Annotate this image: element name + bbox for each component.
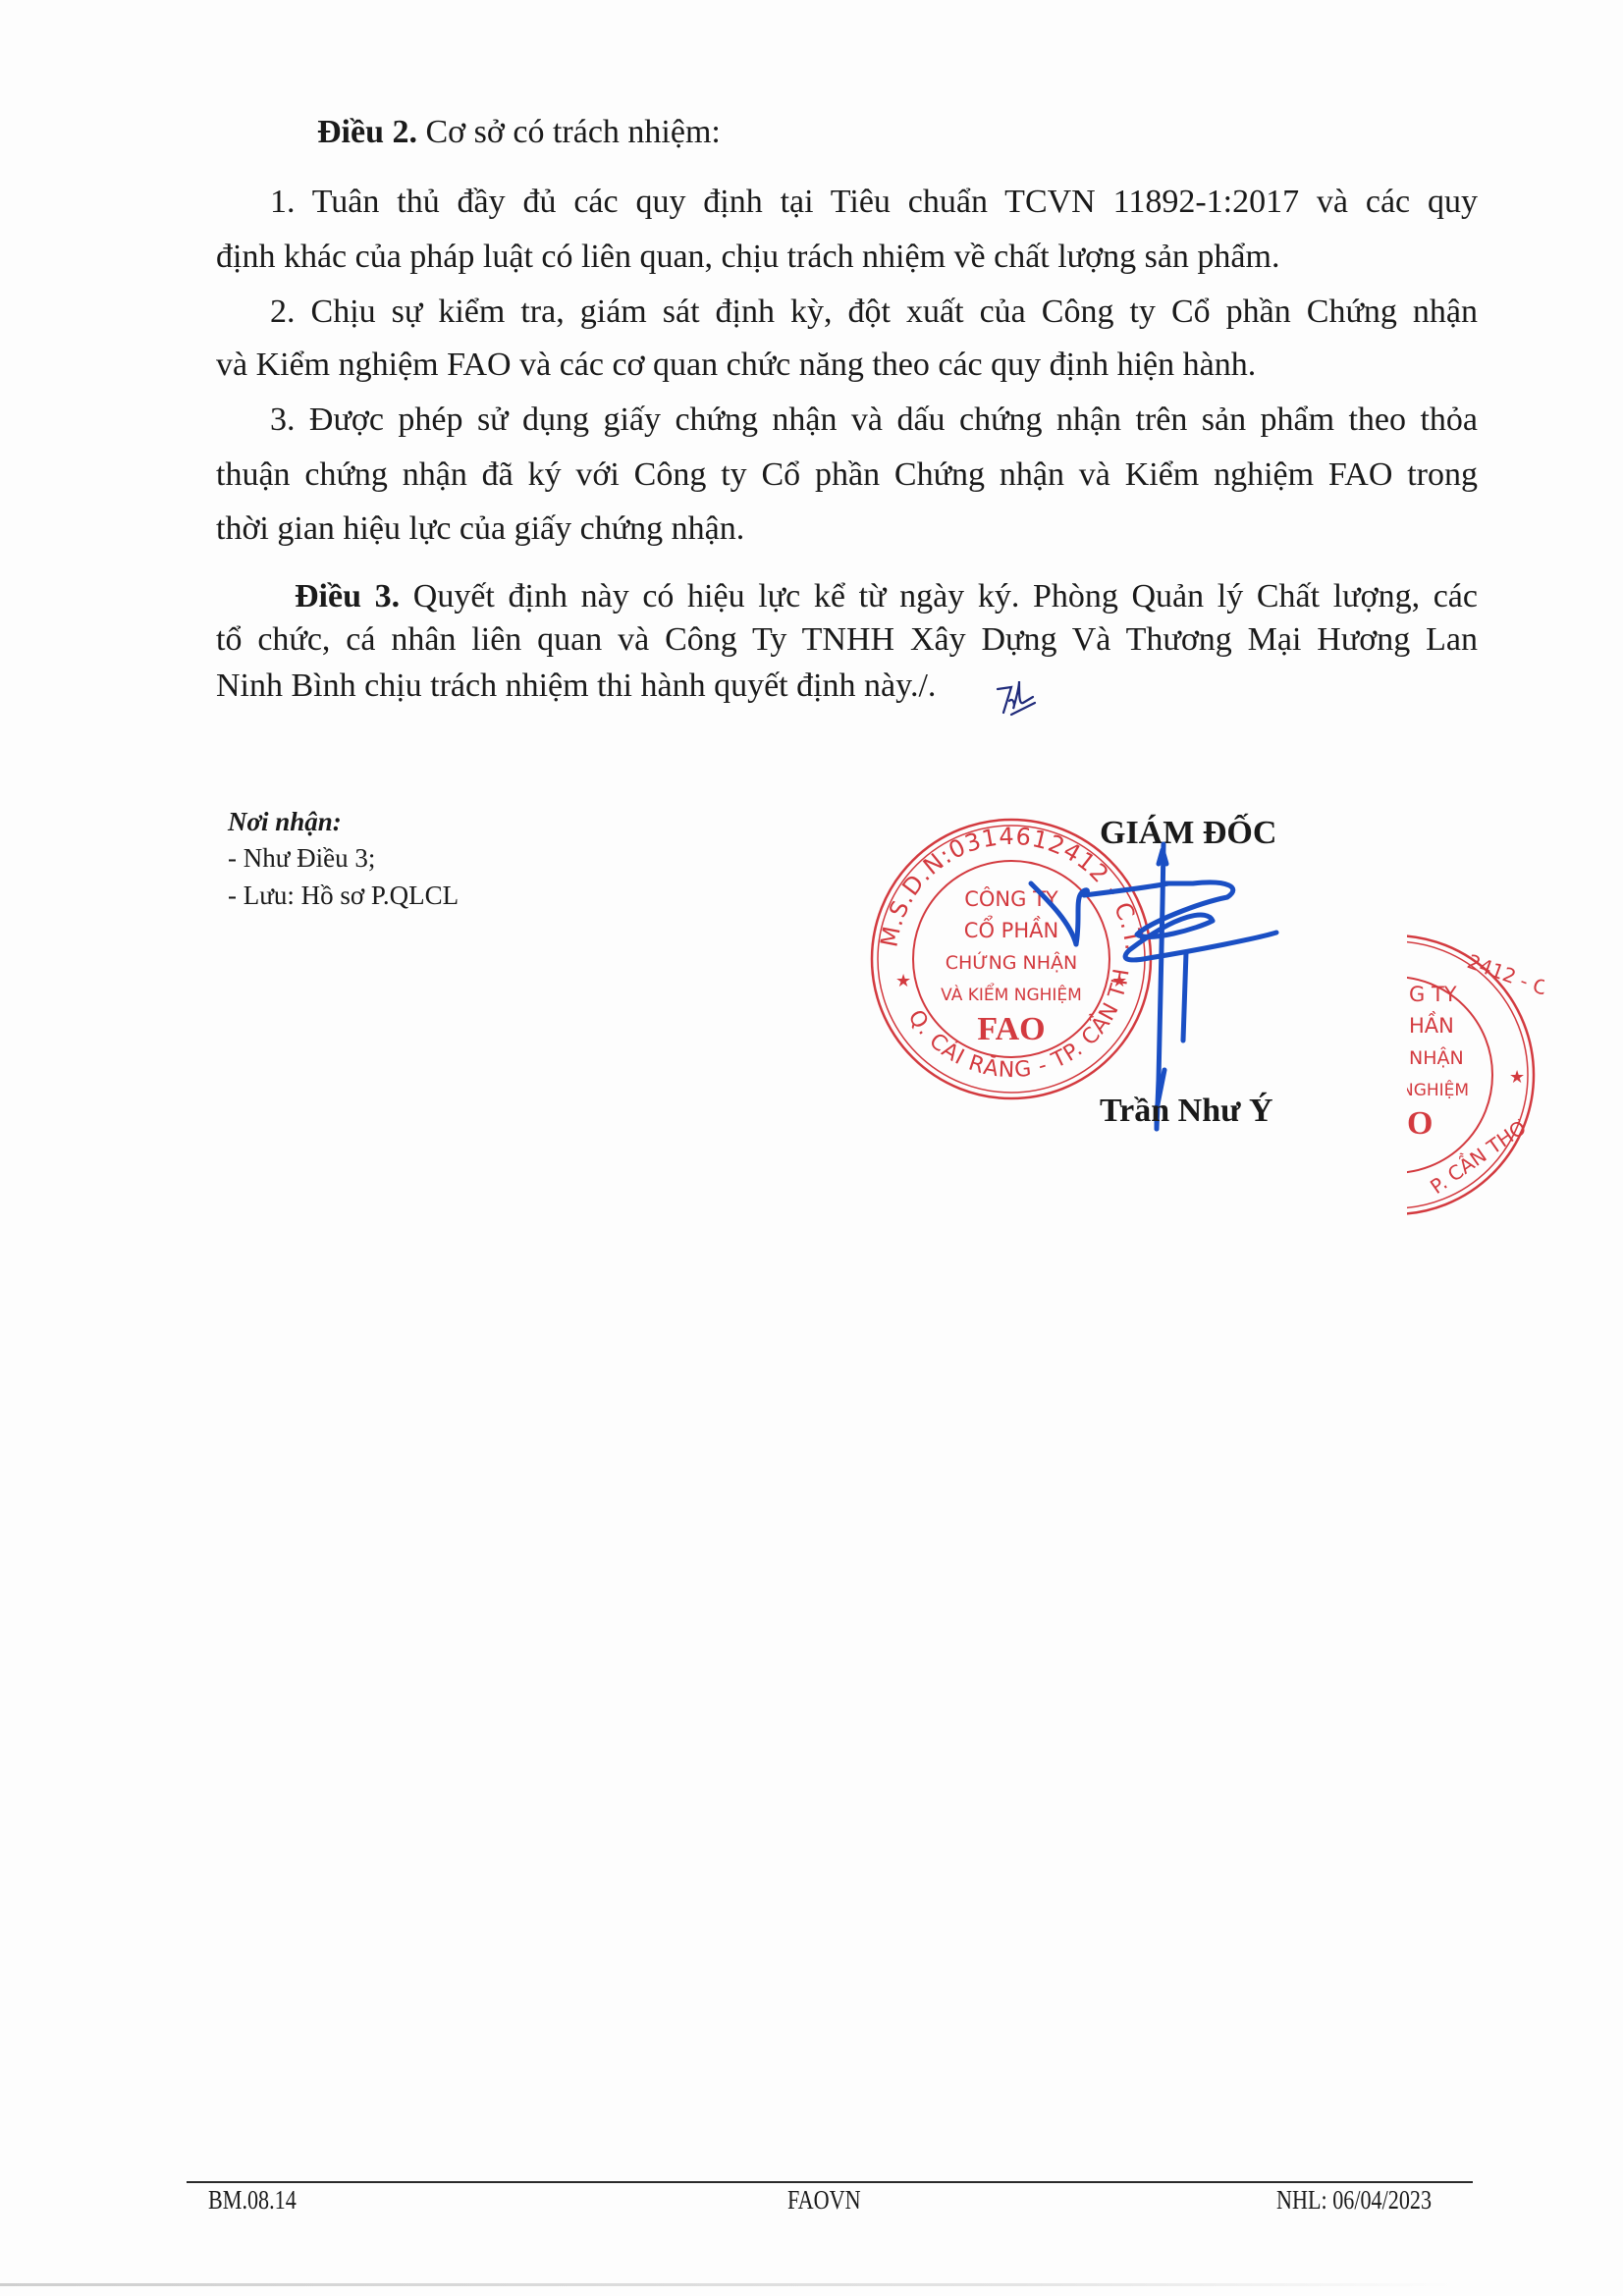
article-2-item-3-line-3: thời gian hiệu lực của giấy chứng nhận. xyxy=(216,509,1478,549)
svg-text:HẦN: HẦN xyxy=(1409,1011,1454,1038)
signer-name: Trần Như Ý xyxy=(1100,1093,1273,1130)
svg-text:O: O xyxy=(1407,1105,1433,1142)
article-2-item-3-line-1: 3. Được phép sử dụng giấy chứng nhận và … xyxy=(270,400,1478,440)
svg-text:NGHIỆM: NGHIỆM xyxy=(1401,1079,1469,1100)
recipient-item: - Như Điều 3; xyxy=(228,843,375,874)
svg-text:★: ★ xyxy=(1509,1067,1525,1088)
svg-text:NHẬN: NHẬN xyxy=(1409,1046,1464,1069)
article-3-line-1: Điều 3. Quyết định này có hiệu lực kể từ… xyxy=(295,577,1478,616)
article-2-title: Cơ sở có trách nhiệm: xyxy=(417,114,721,150)
svg-text:★: ★ xyxy=(895,971,911,991)
svg-text:G TY: G TY xyxy=(1409,983,1457,1006)
article-3-line-2: tổ chức, cá nhân liên quan và Công Ty TN… xyxy=(216,620,1478,660)
article-2-label: Điều 2. xyxy=(317,114,417,150)
article-2-item-2-line-2: và Kiểm nghiệm FAO và các cơ quan chức n… xyxy=(216,346,1478,385)
article-2-item-2-line-1: 2. Chịu sự kiểm tra, giám sát định kỳ, đ… xyxy=(270,293,1478,332)
scan-artifact-line xyxy=(0,2283,1453,2286)
partial-stamp: G TY HẦN NHẬN NGHIỆM O ★ 2412 - C.T.C.P … xyxy=(1407,928,1544,1222)
article-3-label: Điều 3. xyxy=(295,578,400,614)
article-2-item-1-line-1: 1. Tuân thủ đầy đủ các quy định tại Tiêu… xyxy=(270,183,1478,222)
article-2-item-3-line-2: thuận chứng nhận đã ký với Công ty Cổ ph… xyxy=(216,455,1478,495)
svg-text:2412 - C.T.C.P: 2412 - C.T.C.P xyxy=(1464,949,1601,1018)
initials-mark-icon xyxy=(990,675,1039,724)
recipient-item: - Lưu: Hồ sơ P.QLCL xyxy=(228,881,459,911)
recipients-title: Nơi nhận: xyxy=(228,807,342,837)
footer-form-code: BM.08.14 xyxy=(208,2185,297,2216)
footer-divider xyxy=(187,2181,1473,2183)
article-2-heading: Điều 2. Cơ sở có trách nhiệm: xyxy=(317,116,721,149)
footer-date: NHL: 06/04/2023 xyxy=(1276,2185,1432,2216)
svg-text:FAO: FAO xyxy=(977,1011,1045,1047)
article-3-line-3: Ninh Bình chịu trách nhiệm thi hành quyế… xyxy=(216,667,1478,706)
article-2-item-1-line-2: định khác của pháp luật có liên quan, ch… xyxy=(216,238,1478,277)
footer-org: FAOVN xyxy=(787,2185,861,2216)
